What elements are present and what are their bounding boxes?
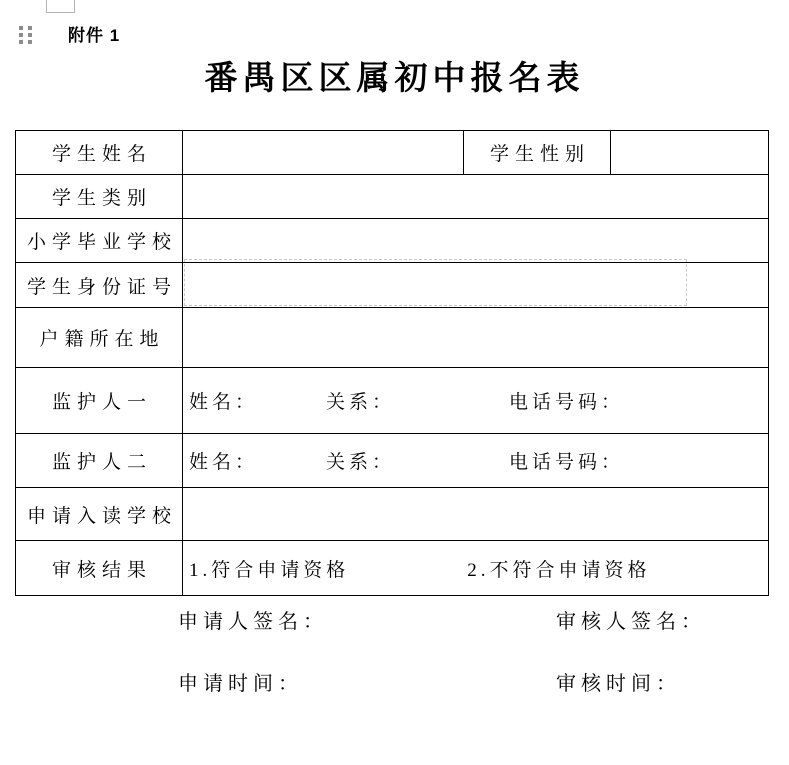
guardian-2-fields[interactable]: 姓名：关系：电话号码： <box>183 434 769 488</box>
input-apply-school[interactable] <box>183 488 769 541</box>
guardian-1-fields[interactable]: 姓名：关系：电话号码： <box>183 368 769 434</box>
table-row: 申请入读学校 <box>16 488 769 541</box>
textbox-corner-mark <box>46 0 75 13</box>
table-row: 户籍所在地 <box>16 308 769 368</box>
label-primary-school: 小学毕业学校 <box>16 219 183 263</box>
application-time-label: 申请时间： <box>178 667 303 696</box>
option-not-qualified: 2.不符合申请资格 <box>467 560 650 581</box>
reviewer-signature-label: 审核人签名： <box>556 605 706 634</box>
handle-dot <box>19 40 23 44</box>
review-time-label: 审核时间： <box>556 667 681 696</box>
table-row: 审核结果 1.符合申请资格2.不符合申请资格 <box>16 541 769 596</box>
input-household-registration[interactable] <box>183 308 769 368</box>
handle-dot <box>28 26 32 30</box>
guardian-1-relation-label: 关系： <box>326 392 395 413</box>
applicant-signature-label: 申请人签名： <box>178 605 328 634</box>
attachment-label: 附件 1 <box>68 21 120 46</box>
label-review-result: 审核结果 <box>16 541 183 596</box>
label-id-number: 学生身份证号 <box>16 263 183 308</box>
label-guardian-1: 监护人一 <box>16 368 183 434</box>
guardian-2-phone-label: 电话号码： <box>509 452 624 473</box>
input-primary-school[interactable] <box>183 219 769 263</box>
table-row: 监护人二 姓名：关系：电话号码： <box>16 434 769 488</box>
guardian-1-phone-label: 电话号码： <box>509 392 624 413</box>
guardian-1-name-label: 姓名： <box>189 392 258 413</box>
input-student-gender[interactable] <box>611 131 769 175</box>
table-row: 学生类别 <box>16 175 769 219</box>
label-guardian-2: 监护人二 <box>16 434 183 488</box>
input-student-category[interactable] <box>183 175 769 219</box>
table-row: 小学毕业学校 <box>16 219 769 263</box>
label-student-category: 学生类别 <box>16 175 183 219</box>
label-apply-school: 申请入读学校 <box>16 488 183 541</box>
handle-dot <box>28 40 32 44</box>
guardian-2-name-label: 姓名： <box>189 452 258 473</box>
guardian-2-relation-label: 关系： <box>326 452 395 473</box>
option-qualified: 1.符合申请资格 <box>189 560 349 581</box>
label-student-name: 学生姓名 <box>16 131 183 175</box>
handle-dot <box>19 26 23 30</box>
label-student-gender: 学生性别 <box>464 131 611 175</box>
label-household-registration: 户籍所在地 <box>16 308 183 368</box>
table-row: 学生姓名 学生性别 <box>16 131 769 175</box>
input-student-name[interactable] <box>183 131 464 175</box>
review-result-options[interactable]: 1.符合申请资格2.不符合申请资格 <box>183 541 769 596</box>
registration-form-table: 学生姓名 学生性别 学生类别 小学毕业学校 学生身份证号 户籍所在地 监护人一 … <box>15 130 769 596</box>
table-row: 监护人一 姓名：关系：电话号码： <box>16 368 769 434</box>
form-title: 番禺区区属初中报名表 <box>0 52 789 99</box>
id-number-input-box[interactable] <box>184 259 687 306</box>
drag-handle[interactable] <box>19 26 32 44</box>
handle-dot <box>19 33 23 37</box>
handle-dot <box>28 33 32 37</box>
